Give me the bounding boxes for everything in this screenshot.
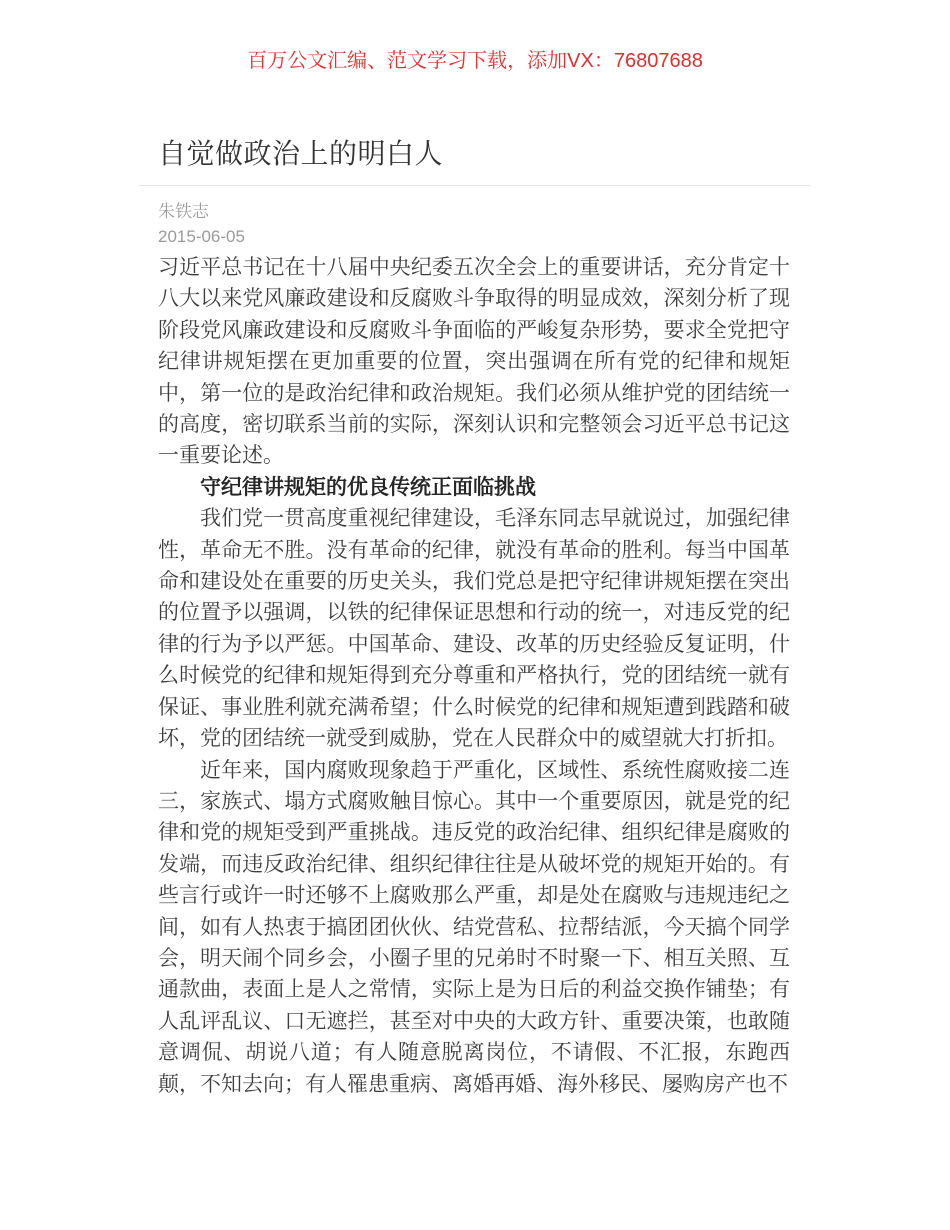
article-meta: 朱铁志 2015-06-05 xyxy=(158,199,790,249)
publish-date: 2015-06-05 xyxy=(158,224,790,249)
article-body: 习近平总书记在十八届中央纪委五次全会上的重要讲话，充分肯定十八大以来党风廉政建设… xyxy=(158,252,790,1100)
paragraph: 我们党一贯高度重视纪律建设，毛泽东同志早就说过，加强纪律性，革命无不胜。没有革命… xyxy=(158,503,790,754)
author-name: 朱铁志 xyxy=(158,199,790,224)
title-divider xyxy=(139,185,810,186)
section-heading: 守纪律讲规矩的优良传统正面临挑战 xyxy=(158,472,790,503)
paragraph-intro: 习近平总书记在十八届中央纪委五次全会上的重要讲话，充分肯定十八大以来党风廉政建设… xyxy=(158,252,790,472)
paragraph: 近年来，国内腐败现象趋于严重化，区域性、系统性腐败接二连三，家族式、塌方式腐败触… xyxy=(158,755,790,1100)
document-page: 百万公文汇编、范文学习下载，添加VX：76807688 自觉做政治上的明白人 朱… xyxy=(0,0,950,1100)
article: 自觉做政治上的明白人 朱铁志 2015-06-05 习近平总书记在十八届中央纪委… xyxy=(158,134,790,1100)
promo-banner: 百万公文汇编、范文学习下载，添加VX：76807688 xyxy=(0,0,950,76)
page-title: 自觉做政治上的明白人 xyxy=(158,134,790,174)
